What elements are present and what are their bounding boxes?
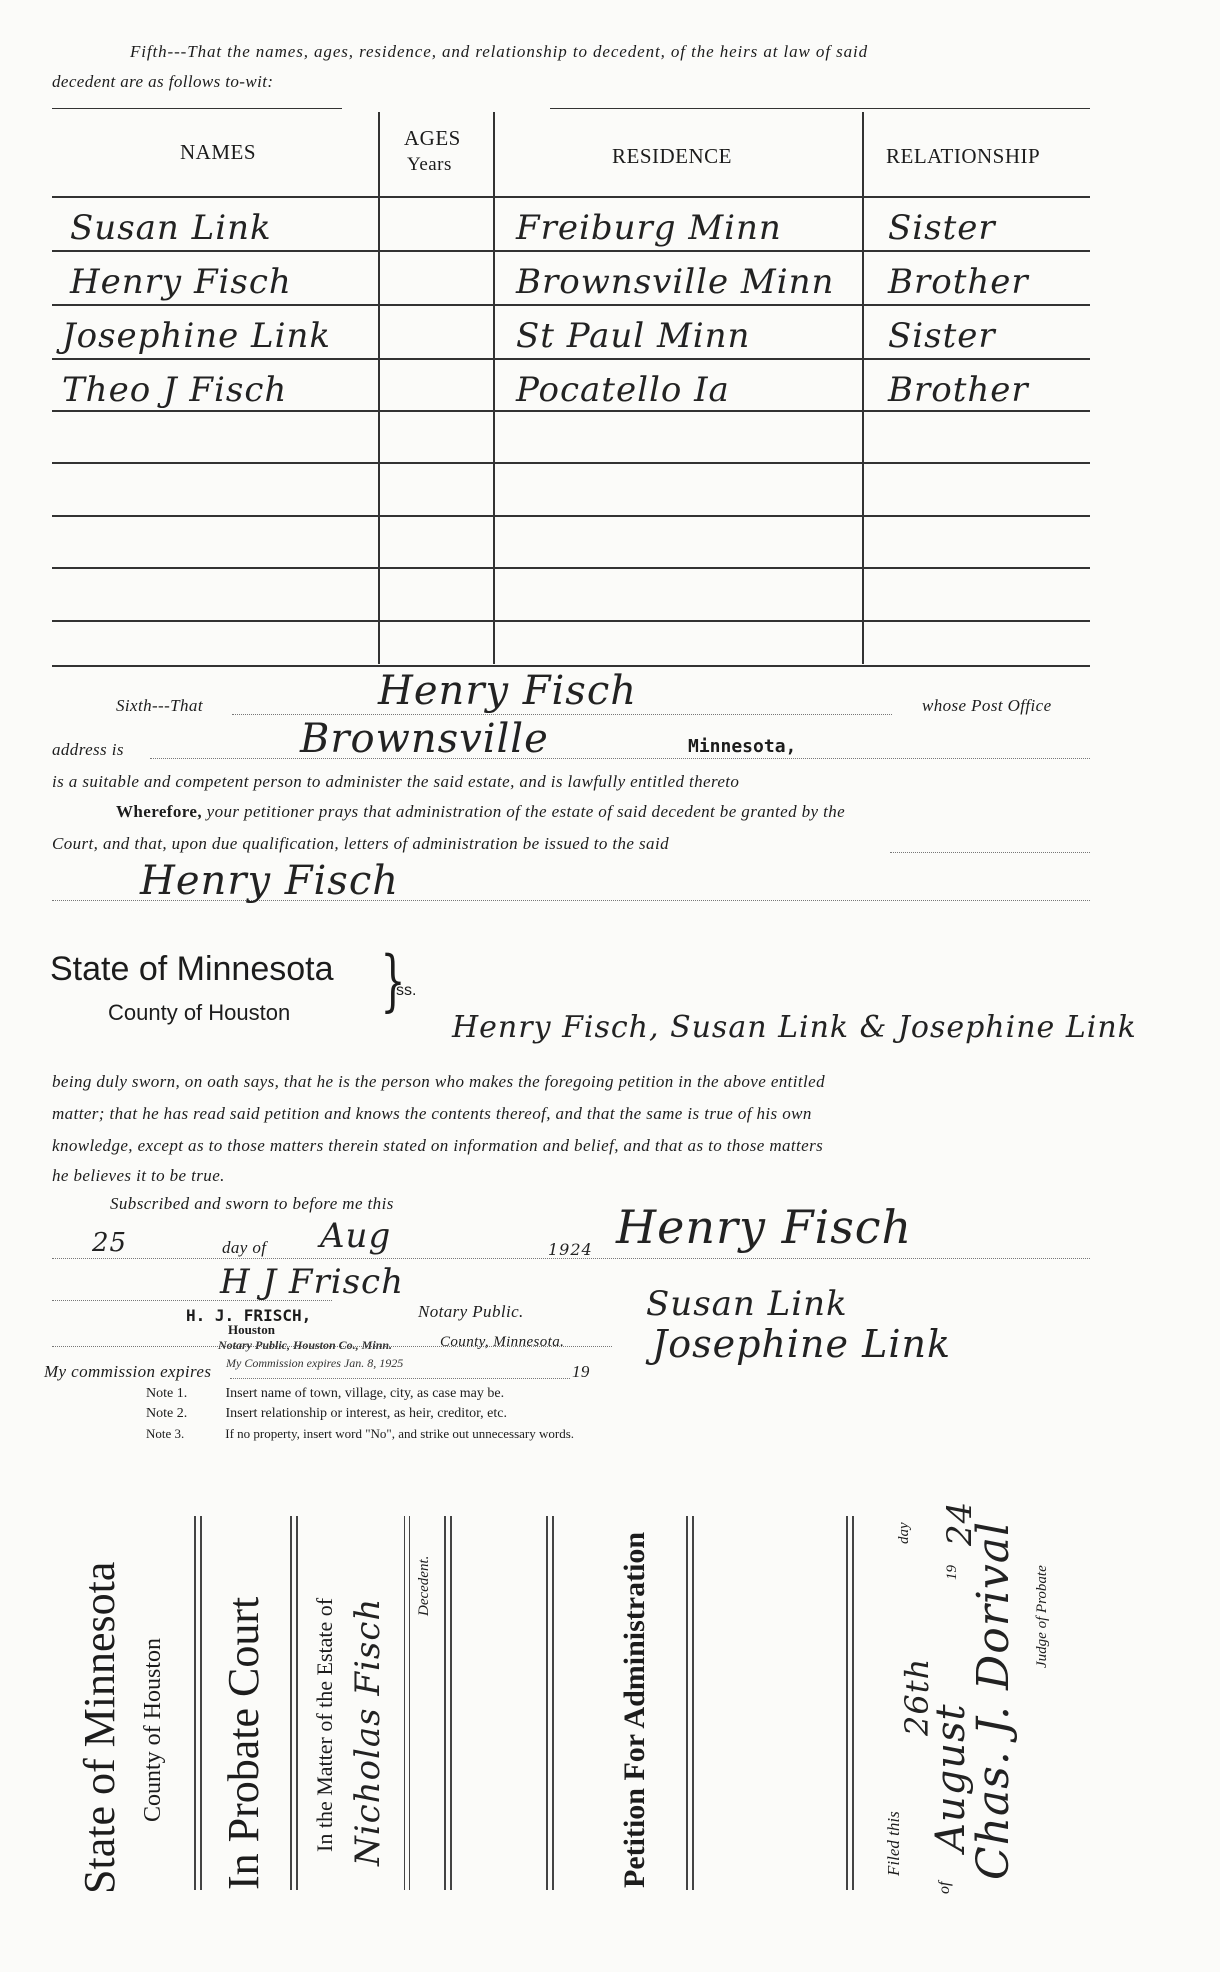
note-text: Insert name of town, village, city, as c…: [226, 1386, 505, 1401]
heir-relationship: Brother: [888, 262, 1029, 302]
note-label: Note 1.: [146, 1386, 222, 1402]
sixth-name: Henry Fisch: [378, 668, 637, 714]
back-matter: In the Matter of the Estate of: [312, 1598, 338, 1852]
note-text: Insert relationship or interest, as heir…: [226, 1406, 508, 1421]
oath-line-4: he believes it to be true.: [52, 1166, 225, 1186]
subscribed-label: Subscribed and sworn to before me this: [110, 1194, 394, 1214]
notary-county-hand: Houston: [228, 1322, 275, 1338]
address-label: address is: [52, 740, 124, 760]
back-court: In Probate Court: [218, 1597, 269, 1890]
heir-relationship: Sister: [888, 208, 996, 248]
back-of-label: of: [936, 1882, 954, 1894]
back-petition: Petition For Administration: [618, 1532, 652, 1888]
sixth-label: Sixth---That: [116, 696, 203, 716]
heir-name: Henry Fisch: [70, 262, 292, 302]
oath-affiants: Henry Fisch, Susan Link & Josephine Link: [452, 1010, 1137, 1045]
header-relationship: RELATIONSHIP: [886, 144, 1040, 169]
wherefore-line: Wherefore, your petitioner prays that ad…: [116, 802, 1096, 822]
day-of-label: day of: [222, 1238, 266, 1258]
commission-year: 19: [572, 1362, 590, 1382]
wherefore-rest: your petitioner prays that administratio…: [207, 802, 845, 821]
day-number: 25: [92, 1228, 127, 1258]
oath-state: State of Minnesota: [50, 950, 334, 989]
back-judge-signature: Chas. J. Dorival: [968, 1521, 1019, 1880]
header-ages: AGES: [404, 126, 461, 151]
signature-susan: Susan Link: [646, 1284, 848, 1324]
back-judge-label: Judge of Probate: [1034, 1565, 1051, 1668]
back-year-label: 19: [944, 1565, 961, 1580]
oath-ss: ss.: [396, 982, 416, 1000]
sixth-line-3: is a suitable and competent person to ad…: [52, 772, 739, 792]
wherefore-bold: Wherefore,: [116, 802, 202, 821]
heir-residence: Pocatello Ia: [516, 370, 730, 410]
fifth-line-2: decedent are as follows to-wit:: [52, 72, 273, 92]
back-filed-this: Filed this: [884, 1811, 904, 1876]
back-state: State of Minnesota: [74, 1562, 125, 1894]
sixth-line-5: Court, and that, upon due qualification,…: [52, 834, 669, 854]
back-day-label: day: [896, 1522, 913, 1544]
note-text: If no property, insert word "No", and st…: [225, 1426, 574, 1441]
commission-label: My commission expires: [44, 1362, 211, 1382]
signature-josephine: Josephine Link: [652, 1322, 951, 1366]
header-ages-years: Years: [407, 154, 452, 176]
notary-signature: H J Frisch: [220, 1262, 404, 1302]
county-line: County, Minnesota.: [440, 1334, 564, 1351]
header-names: NAMES: [180, 140, 256, 165]
month-value: Aug: [320, 1216, 391, 1256]
address-value: Brownsville: [300, 716, 549, 762]
year-prefix: 1924: [548, 1240, 593, 1259]
oath-line-1: being duly sworn, on oath says, that he …: [52, 1072, 825, 1092]
heir-residence: Brownsville Minn: [516, 262, 834, 302]
back-decedent-label: Decedent.: [416, 1556, 433, 1616]
heir-name: Theo J Fisch: [62, 370, 287, 410]
note-item: Note 3. If no property, insert word "No"…: [146, 1426, 574, 1442]
header-residence: RESIDENCE: [612, 144, 732, 169]
heir-relationship: Sister: [888, 316, 996, 356]
back-county: County of Houston: [140, 1638, 167, 1822]
oath-line-3: knowledge, except as to those matters th…: [52, 1136, 823, 1156]
note-item: Note 2. Insert relationship or interest,…: [146, 1406, 507, 1422]
fifth-line-1: Fifth---That the names, ages, residence,…: [130, 42, 1090, 62]
oath-line-2: matter; that he has read said petition a…: [52, 1104, 812, 1124]
notary-title: Notary Public.: [418, 1302, 524, 1322]
state-label: Minnesota,: [688, 736, 796, 757]
heir-residence: Freiburg Minn: [516, 208, 782, 248]
note-label: Note 2.: [146, 1406, 222, 1422]
heir-name: Susan Link: [70, 208, 272, 248]
notary-stamp-county: Notary Public, Houston Co., Minn.: [218, 1338, 392, 1353]
commission-stamp: My Commission expires Jan. 8, 1925: [226, 1356, 403, 1371]
back-decedent-name: Nicholas Fisch: [348, 1598, 388, 1866]
signature-henry: Henry Fisch: [616, 1200, 912, 1254]
note-label: Note 3.: [146, 1426, 222, 1442]
heir-residence: St Paul Minn: [516, 316, 750, 356]
heir-name: Josephine Link: [62, 316, 331, 356]
oath-county: County of Houston: [108, 1000, 290, 1026]
post-office-label: whose Post Office: [922, 696, 1052, 716]
heir-relationship: Brother: [888, 370, 1029, 410]
note-item: Note 1. Insert name of town, village, ci…: [146, 1386, 504, 1402]
brace: }: [380, 948, 405, 1014]
grantee-name: Henry Fisch: [140, 858, 399, 904]
